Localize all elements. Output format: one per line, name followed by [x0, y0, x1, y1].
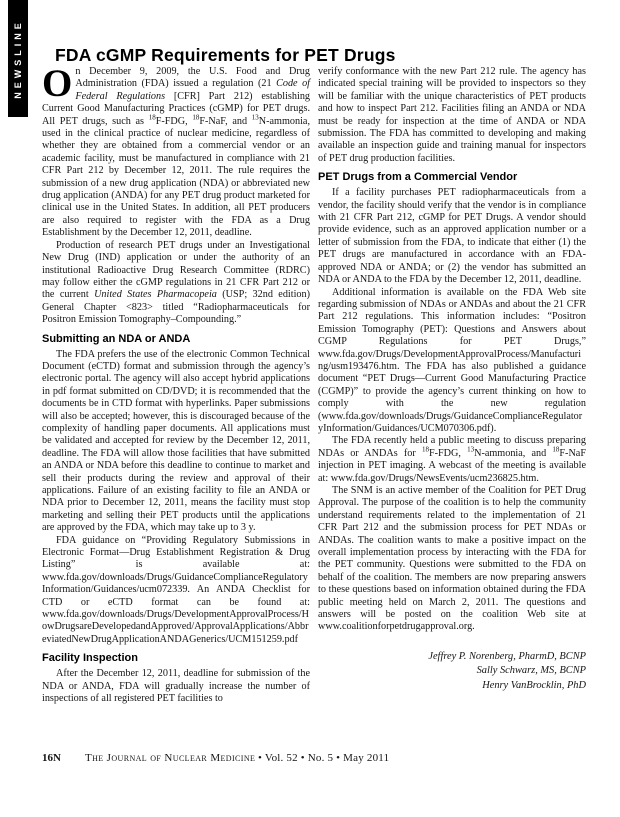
signature-block: Jeffrey P. Norenberg, PharmD, BCNP Sally… — [318, 650, 586, 694]
paragraph-intro-text: n December 9, 2009, the U.S. Food and Dr… — [42, 66, 310, 238]
paragraph-fda-guidance-urls: FDA guidance on “Providing Regulatory Su… — [42, 535, 310, 647]
page-number: 16N — [42, 752, 61, 764]
newsline-banner: NEWSLINE — [8, 0, 28, 117]
section-heading-commercial-vendor: PET Drugs from a Commercial Vendor — [318, 171, 586, 184]
paragraph-inspection-start: After the December 12, 2011, deadline fo… — [42, 668, 310, 705]
signature-author-3: Henry VanBrocklin, PhD — [318, 679, 586, 694]
paragraph-inspection-continued: verify conformance with the new Part 212… — [318, 66, 586, 165]
section-heading-submitting: Submitting an NDA or ANDA — [42, 333, 310, 346]
drop-cap: O — [42, 66, 75, 99]
issue-info: • Vol. 52 • No. 5 • May 2011 — [258, 752, 389, 764]
column-right: verify conformance with the new Part 212… — [318, 66, 586, 693]
paragraph-ectd-format: The FDA prefers the use of the electroni… — [42, 349, 310, 535]
paragraph-public-meeting: The FDA recently held a public meeting t… — [318, 435, 586, 485]
paragraph-snm-coalition: The SNM is an active member of the Coali… — [318, 485, 586, 634]
signature-author-1: Jeffrey P. Norenberg, PharmD, BCNP — [318, 650, 586, 665]
column-left: On December 9, 2009, the U.S. Food and D… — [42, 66, 310, 706]
paragraph-intro: On December 9, 2009, the U.S. Food and D… — [42, 66, 310, 240]
section-heading-facility-inspection: Facility Inspection — [42, 652, 310, 665]
newsline-banner-label: NEWSLINE — [13, 19, 23, 99]
journal-title: The Journal of Nuclear Medicine — [85, 752, 255, 764]
journal-page: NEWSLINE FDA cGMP Requirements for PET D… — [0, 0, 620, 817]
page-footer: 16NThe Journal of Nuclear Medicine • Vol… — [42, 752, 588, 765]
paragraph-research-drugs: Production of research PET drugs under a… — [42, 240, 310, 327]
paragraph-vendor-compliance: If a facility purchases PET radiopharmac… — [318, 187, 586, 286]
article-title: FDA cGMP Requirements for PET Drugs — [55, 45, 396, 66]
paragraph-additional-information: Additional information is available on t… — [318, 287, 586, 436]
signature-author-2: Sally Schwarz, MS, BCNP — [318, 664, 586, 679]
